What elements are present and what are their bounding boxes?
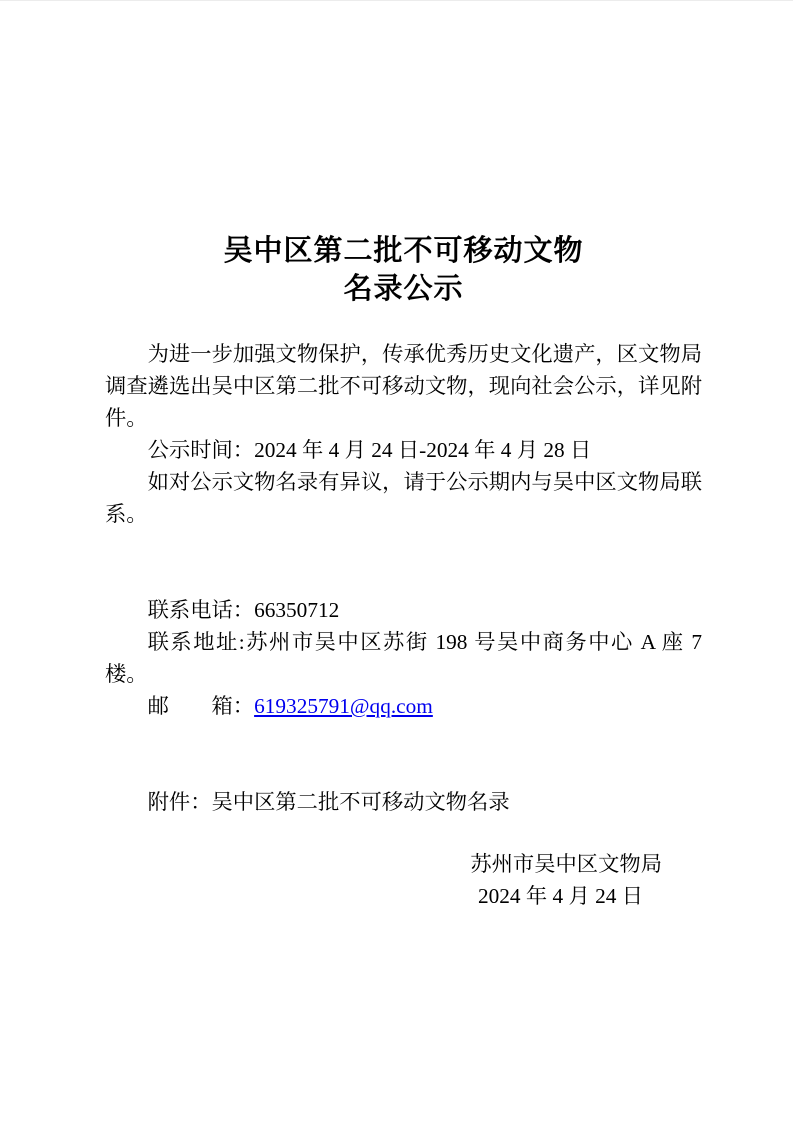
contact-email-line: 邮 箱：619325791@qq.com — [105, 690, 702, 722]
contact-block: 联系电话：66350712 联系地址:苏州市吴中区苏街 198 号吴中商务中心 … — [105, 594, 702, 722]
document-content: 吴中区第二批不可移动文物 名录公示 为进一步加强文物保护，传承优秀历史文化遗产，… — [105, 1, 702, 912]
document-title: 吴中区第二批不可移动文物 名录公示 — [105, 232, 702, 308]
title-line-1: 吴中区第二批不可移动文物 — [105, 232, 702, 270]
paragraph-objection: 如对公示文物名录有异议，请于公示期内与吴中区文物局联系。 — [105, 466, 702, 530]
signature-date: 2024 年 4 月 24 日 — [105, 880, 702, 912]
contact-email-label: 邮 箱： — [148, 694, 255, 718]
paragraph-publicity-period: 公示时间：2024 年 4 月 24 日-2024 年 4 月 28 日 — [105, 434, 702, 466]
email-link[interactable]: 619325791@qq.com — [254, 694, 433, 718]
title-line-2: 名录公示 — [105, 270, 702, 308]
attachment-line: 附件：吴中区第二批不可移动文物名录 — [105, 786, 702, 818]
contact-phone-line: 联系电话：66350712 — [105, 594, 702, 626]
paragraph-intro: 为进一步加强文物保护，传承优秀历史文化遗产，区文物局调查遴选出吴中区第二批不可移… — [105, 338, 702, 434]
contact-address-line: 联系地址:苏州市吴中区苏街 198 号吴中商务中心 A 座 7 楼。 — [105, 626, 702, 690]
signature-block: 苏州市吴中区文物局 2024 年 4 月 24 日 — [105, 848, 702, 912]
document-page: 吴中区第二批不可移动文物 名录公示 为进一步加强文物保护，传承优秀历史文化遗产，… — [0, 0, 793, 1122]
signature-org: 苏州市吴中区文物局 — [105, 848, 702, 880]
